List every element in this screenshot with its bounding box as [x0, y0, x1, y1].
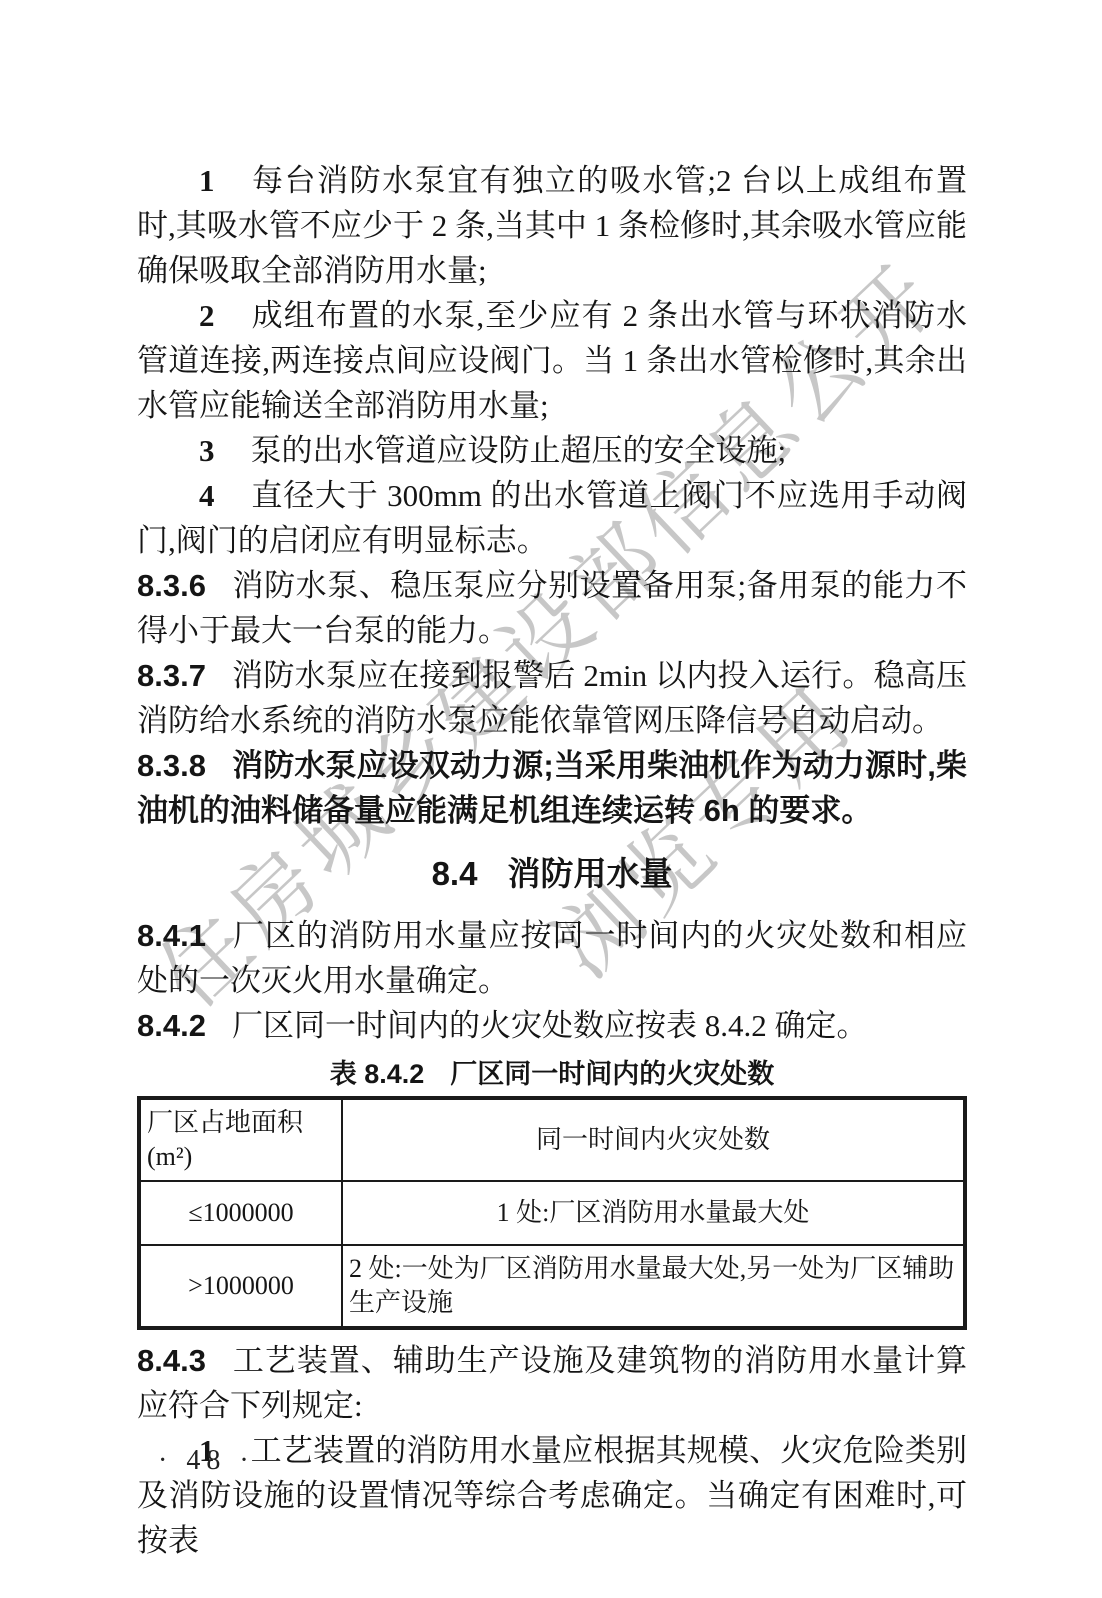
- sub-item-3: 3泵的出水管道应设防止超压的安全设施;: [137, 428, 967, 473]
- sub-item-1-number: 1: [199, 163, 251, 198]
- sub-item-4: 4直径大于 300mm 的出水管道上阀门不应选用手动阀门,阀门的启闭应有明显标志…: [137, 473, 967, 563]
- table-caption-label: 表 8.4.2: [330, 1059, 425, 1089]
- clause-8-4-1-number: 8.4.1: [137, 918, 232, 953]
- sub-item-5-text: 工艺装置的消防用水量应根据其规模、火灾危险类别及消防设施的设置情况等综合考虑确定…: [137, 1433, 967, 1558]
- clause-8-4-3-number: 8.4.3: [137, 1343, 232, 1378]
- clause-8-4-3: 8.4.3工艺装置、辅助生产设施及建筑物的消防用水量计算应符合下列规定:: [137, 1338, 967, 1428]
- page-body: 1每台消防水泵宜有独立的吸水管;2 台以上成组布置时,其吸水管不应少于 2 条,…: [137, 158, 967, 1563]
- clause-8-3-7-number: 8.3.7: [137, 658, 232, 693]
- clause-8-3-6-number: 8.3.6: [137, 568, 232, 603]
- sub-item-2-number: 2: [199, 298, 251, 333]
- clause-8-4-2: 8.4.2厂区同一时间内的火灾处数应按表 8.4.2 确定。: [137, 1003, 967, 1048]
- table-cell-places-1: 1 处:厂区消防用水量最大处: [342, 1181, 965, 1245]
- table-cell-area-1: ≤1000000: [139, 1181, 342, 1245]
- table-caption: 表 8.4.2厂区同一时间内的火灾处数: [137, 1054, 967, 1094]
- clause-8-4-3-text: 工艺装置、辅助生产设施及建筑物的消防用水量计算应符合下列规定:: [137, 1343, 967, 1423]
- table-cell-area-2: >1000000: [139, 1245, 342, 1328]
- clause-8-3-8: 8.3.8消防水泵应设双动力源;当采用柴油机作为动力源时,柴油机的油料储备量应能…: [137, 743, 967, 833]
- clause-8-3-7-text: 消防水泵应在接到报警后 2min 以内投入运行。稳高压消防给水系统的消防水泵应能…: [137, 658, 967, 738]
- table-caption-title: 厂区同一时间内的火灾处数: [450, 1059, 774, 1089]
- clause-8-4-1-text: 厂区的消防用水量应按同一时间内的火灾处数和相应处的一次灭火用水量确定。: [137, 918, 967, 998]
- clause-8-3-6-text: 消防水泵、稳压泵应分别设置备用泵;备用泵的能力不得小于最大一台泵的能力。: [137, 568, 967, 648]
- sub-item-5: 1工艺装置的消防用水量应根据其规模、火灾危险类别及消防设施的设置情况等综合考虑确…: [137, 1428, 967, 1563]
- table-row: ≤1000000 1 处:厂区消防用水量最大处: [139, 1181, 965, 1245]
- clause-8-3-8-text: 消防水泵应设双动力源;当采用柴油机作为动力源时,柴油机的油料储备量应能满足机组连…: [137, 748, 967, 828]
- table-header-row: 厂区占地面积(m²) 同一时间内火灾处数: [139, 1098, 965, 1181]
- clause-8-4-2-text: 厂区同一时间内的火灾处数应按表 8.4.2 确定。: [232, 1008, 868, 1043]
- table-header-area: 厂区占地面积(m²): [139, 1098, 342, 1181]
- sub-item-3-text: 泵的出水管道应设防止超压的安全设施;: [251, 433, 787, 468]
- clause-8-3-6: 8.3.6消防水泵、稳压泵应分别设置备用泵;备用泵的能力不得小于最大一台泵的能力…: [137, 563, 967, 653]
- sub-item-2: 2成组布置的水泵,至少应有 2 条出水管与环状消防水管道连接,两连接点间应设阀门…: [137, 293, 967, 428]
- sub-item-4-text: 直径大于 300mm 的出水管道上阀门不应选用手动阀门,阀门的启闭应有明显标志。: [137, 478, 967, 558]
- sub-item-1-text: 每台消防水泵宜有独立的吸水管;2 台以上成组布置时,其吸水管不应少于 2 条,当…: [137, 163, 967, 288]
- fire-places-table: 厂区占地面积(m²) 同一时间内火灾处数 ≤1000000 1 处:厂区消防用水…: [137, 1096, 967, 1330]
- sub-item-4-number: 4: [199, 478, 251, 513]
- clause-8-4-1: 8.4.1厂区的消防用水量应按同一时间内的火灾处数和相应处的一次灭火用水量确定。: [137, 913, 967, 1003]
- section-heading-title: 消防用水量: [507, 855, 672, 892]
- section-heading-number: 8.4: [432, 855, 478, 892]
- section-heading-8-4: 8.4消防用水量: [137, 849, 967, 899]
- page-number: · 48 ·: [158, 1444, 255, 1478]
- table-header-places: 同一时间内火灾处数: [342, 1098, 965, 1181]
- clause-8-4-2-number: 8.4.2: [137, 1008, 232, 1043]
- sub-item-1: 1每台消防水泵宜有独立的吸水管;2 台以上成组布置时,其吸水管不应少于 2 条,…: [137, 158, 967, 293]
- table-row: >1000000 2 处:一处为厂区消防用水量最大处,另一处为厂区辅助生产设施: [139, 1245, 965, 1328]
- sub-item-3-number: 3: [199, 433, 251, 468]
- sub-item-2-text: 成组布置的水泵,至少应有 2 条出水管与环状消防水管道连接,两连接点间应设阀门。…: [137, 298, 967, 423]
- table-cell-places-2: 2 处:一处为厂区消防用水量最大处,另一处为厂区辅助生产设施: [342, 1245, 965, 1328]
- clause-8-3-7: 8.3.7消防水泵应在接到报警后 2min 以内投入运行。稳高压消防给水系统的消…: [137, 653, 967, 743]
- document-page: 住房城乡建设部信息公开 浏览专用 1每台消防水泵宜有独立的吸水管;2 台以上成组…: [0, 0, 1102, 1598]
- clause-8-3-8-number: 8.3.8: [137, 748, 232, 783]
